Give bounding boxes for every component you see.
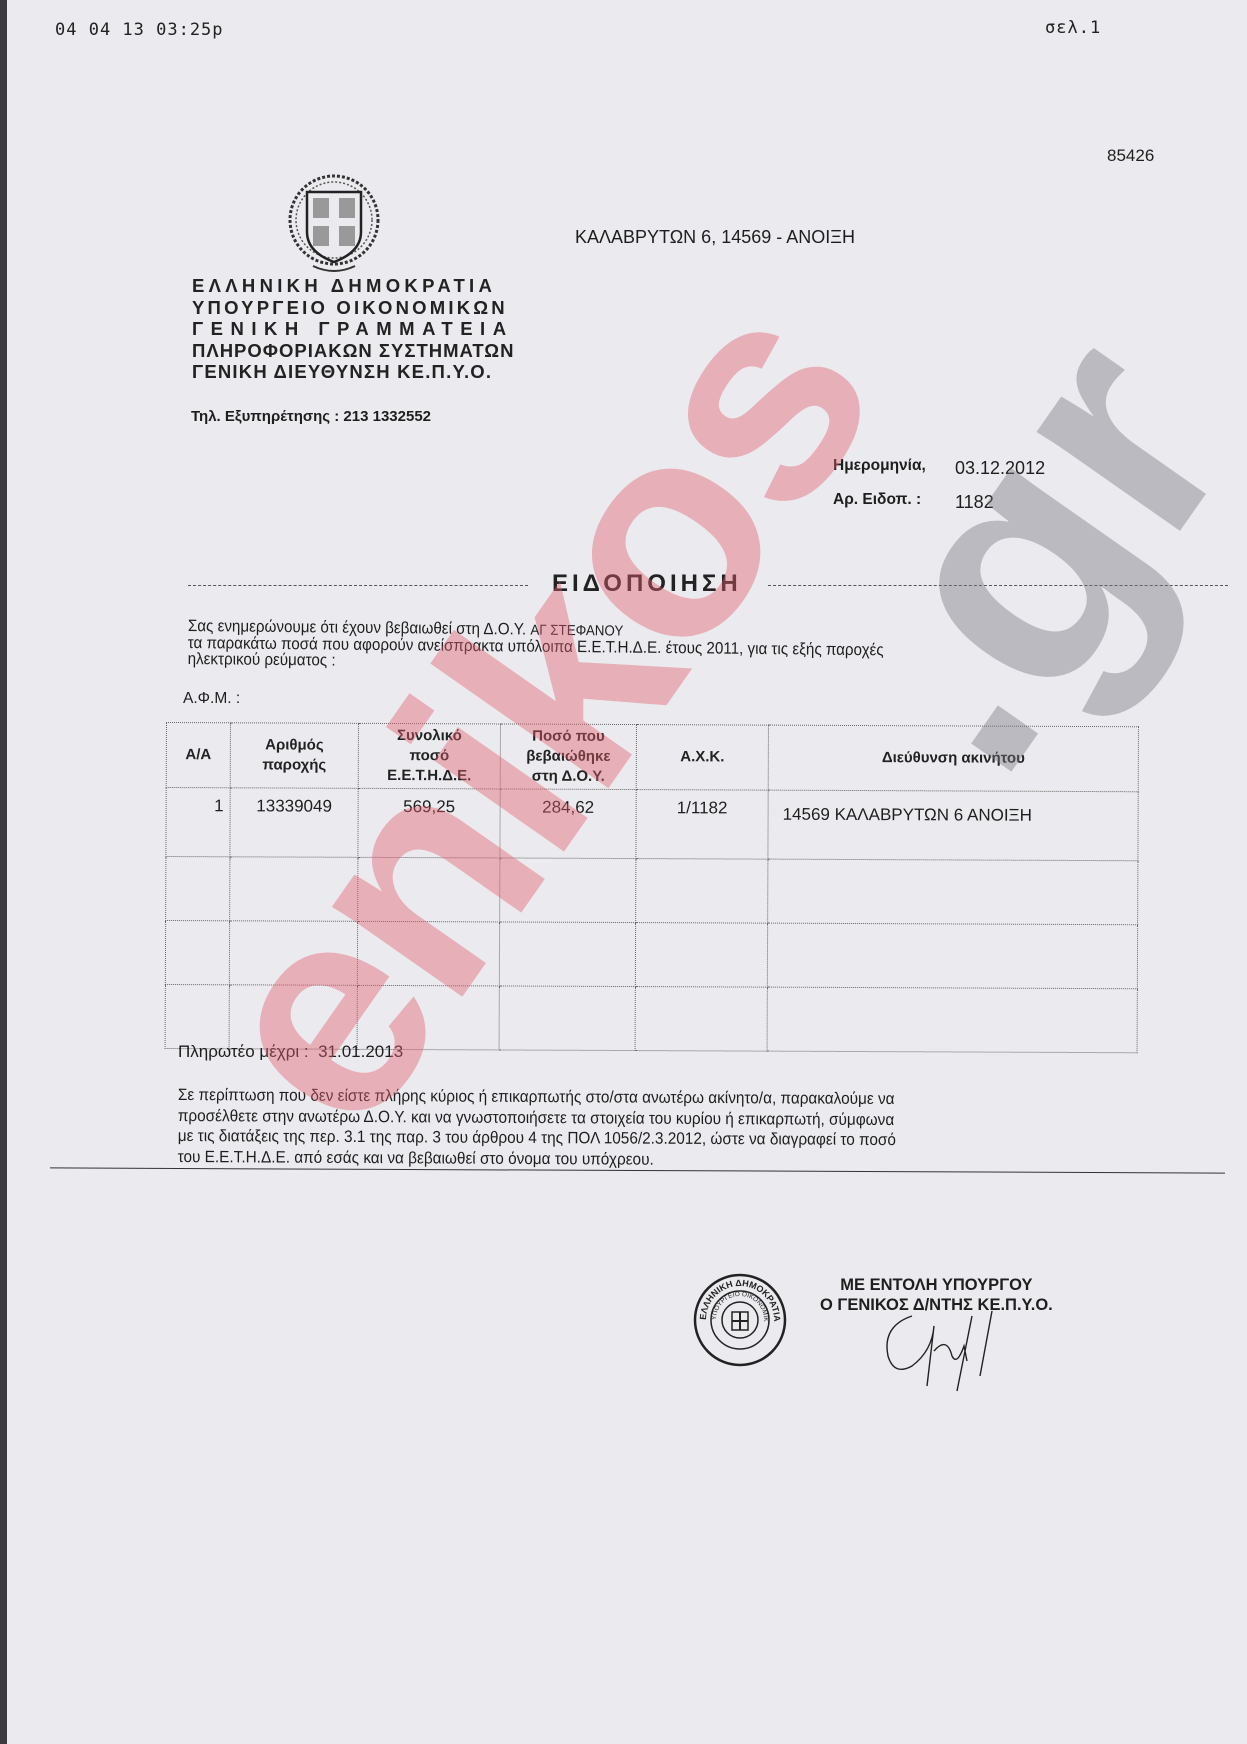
- due-date: Πληρωτέο μέχρι : 31.01.2013: [178, 1042, 403, 1062]
- empty-cell: [636, 859, 768, 924]
- signoff-line-1: ΜΕ ΕΝΤΟΛΗ ΥΠΟΥΡΓΟΥ: [820, 1275, 1053, 1295]
- divider: [188, 585, 528, 586]
- service-phone: Τηλ. Εξυπηρέτησης : 213 1332552: [191, 408, 431, 425]
- official-seal-icon: ΕΛΛΗΝΙΚΗ ΔΗΜΟΚΡΑΤΙΑ ΥΠΟΥΡΓΕΙΟ ΟΙΚΟΝΟΜΙΚΩ…: [692, 1272, 788, 1368]
- notice-number-value: 1182: [955, 492, 994, 513]
- empty-cell: [767, 923, 1137, 989]
- cell-axk: 1/1182: [636, 790, 768, 860]
- issuer-block: ΕΛΛΗΝΙΚΗ ΔΗΜΟΚΡΑΤΙΑ ΥΠΟΥΡΓΕΙΟ ΟΙΚΟΝΟΜΙΚΩ…: [192, 275, 515, 383]
- empty-cell: [230, 857, 358, 922]
- empty-cell: [358, 857, 500, 922]
- instructions-paragraph: Σε περίπτωση που δεν είστε πλήρης κύριος…: [178, 1085, 1173, 1173]
- greek-coat-of-arms-icon: [283, 172, 385, 276]
- issuer-line: ΕΛΛΗΝΙΚΗ ΔΗΜΟΚΡΑΤΙΑ: [192, 275, 515, 297]
- empty-cell: [500, 858, 636, 923]
- date-value: 03.12.2012: [955, 458, 1045, 479]
- col-header-supply-number: Αριθμός παροχής: [230, 723, 358, 789]
- title-row: ΕΙΔΟΠΟΙΗΣΗ: [188, 570, 1228, 600]
- empty-cell: [166, 857, 230, 921]
- supplies-table: Α/Α Αριθμός παροχής Συνολικό ποσό Ε.Ε.Τ.…: [165, 722, 1139, 1053]
- empty-cell: [635, 923, 767, 988]
- issuer-line: ΓΕΝΙΚΗ ΓΡΑΜΜΑΤΕΙΑ: [192, 318, 515, 340]
- cell-total-amount: 569,25: [358, 788, 500, 858]
- recipient-address: ΚΑΛΑΒΡΥΤΩΝ 6, 14569 - ΑΝΟΙΞΗ: [575, 227, 855, 248]
- table-header-row: Α/Α Αριθμός παροχής Συνολικό ποσό Ε.Ε.Τ.…: [166, 723, 1138, 792]
- empty-cell: [357, 985, 499, 1050]
- empty-cell: [499, 922, 635, 987]
- empty-cell: [165, 984, 229, 1048]
- issuer-line: ΓΕΝΙΚΗ ΔΙΕΥΘΥΝΣΗ ΚΕ.Π.Υ.Ο.: [192, 361, 515, 383]
- empty-cell: [499, 986, 635, 1051]
- cell-aa: 1: [166, 788, 230, 857]
- divider: [768, 585, 1228, 586]
- cell-supply-number: 13339049: [230, 788, 358, 858]
- empty-cell: [229, 921, 357, 986]
- due-date-value: 31.01.2013: [318, 1042, 403, 1061]
- col-header-aa: Α/Α: [166, 723, 230, 788]
- scan-edge: [0, 0, 7, 1744]
- col-header-property-address: Διεύθυνση ακινήτου: [768, 725, 1138, 792]
- due-date-label: Πληρωτέο μέχρι :: [178, 1042, 309, 1061]
- document-title: ΕΙΔΟΠΟΙΗΣΗ: [552, 570, 742, 598]
- empty-cell: [635, 987, 767, 1052]
- afm-label: Α.Φ.Μ. :: [183, 690, 240, 708]
- empty-cell: [357, 921, 499, 986]
- table-row-empty: [165, 921, 1137, 989]
- empty-cell: [768, 859, 1138, 925]
- intro-text: Σας ενημερώνουμε ότι έχουν βεβαιωθεί στη…: [188, 618, 884, 674]
- empty-cell: [165, 921, 229, 985]
- issuer-line: ΥΠΟΥΡΓΕΙΟ ΟΙΚΟΝΟΜΙΚΩΝ: [192, 297, 515, 319]
- table-row: 113339049569,25284,621/118214569 ΚΑΛΑΒΡΥ…: [166, 788, 1138, 861]
- empty-cell: [229, 985, 357, 1050]
- fax-page-number: σελ.1: [1045, 18, 1101, 38]
- date-label: Ημερομηνία,: [833, 457, 926, 475]
- col-header-axk: Α.Χ.Κ.: [636, 725, 768, 791]
- empty-cell: [767, 987, 1137, 1053]
- reference-number: 85426: [1107, 146, 1154, 166]
- cell-property-address: 14569 ΚΑΛΑΒΡΥΤΩΝ 6 ΑΝΟΙΞΗ: [768, 790, 1138, 861]
- notice-number-label: Αρ. Ειδοπ. :: [833, 491, 921, 509]
- col-header-certified-amount: Ποσό που βεβαιώθηκε στη Δ.Ο.Υ.: [500, 724, 636, 790]
- table-row-empty: [166, 857, 1138, 925]
- signature-icon: [872, 1296, 1012, 1396]
- col-header-total-amount: Συνολικό ποσό Ε.Ε.Τ.Η.Δ.Ε.: [358, 723, 500, 789]
- issuer-line: ΠΛΗΡΟΦΟΡΙΑΚΩΝ ΣΥΣΤΗΜΑΤΩΝ: [192, 340, 515, 362]
- fax-timestamp: 04 04 13 03:25p: [55, 20, 224, 40]
- cell-certified-amount: 284,62: [500, 789, 636, 859]
